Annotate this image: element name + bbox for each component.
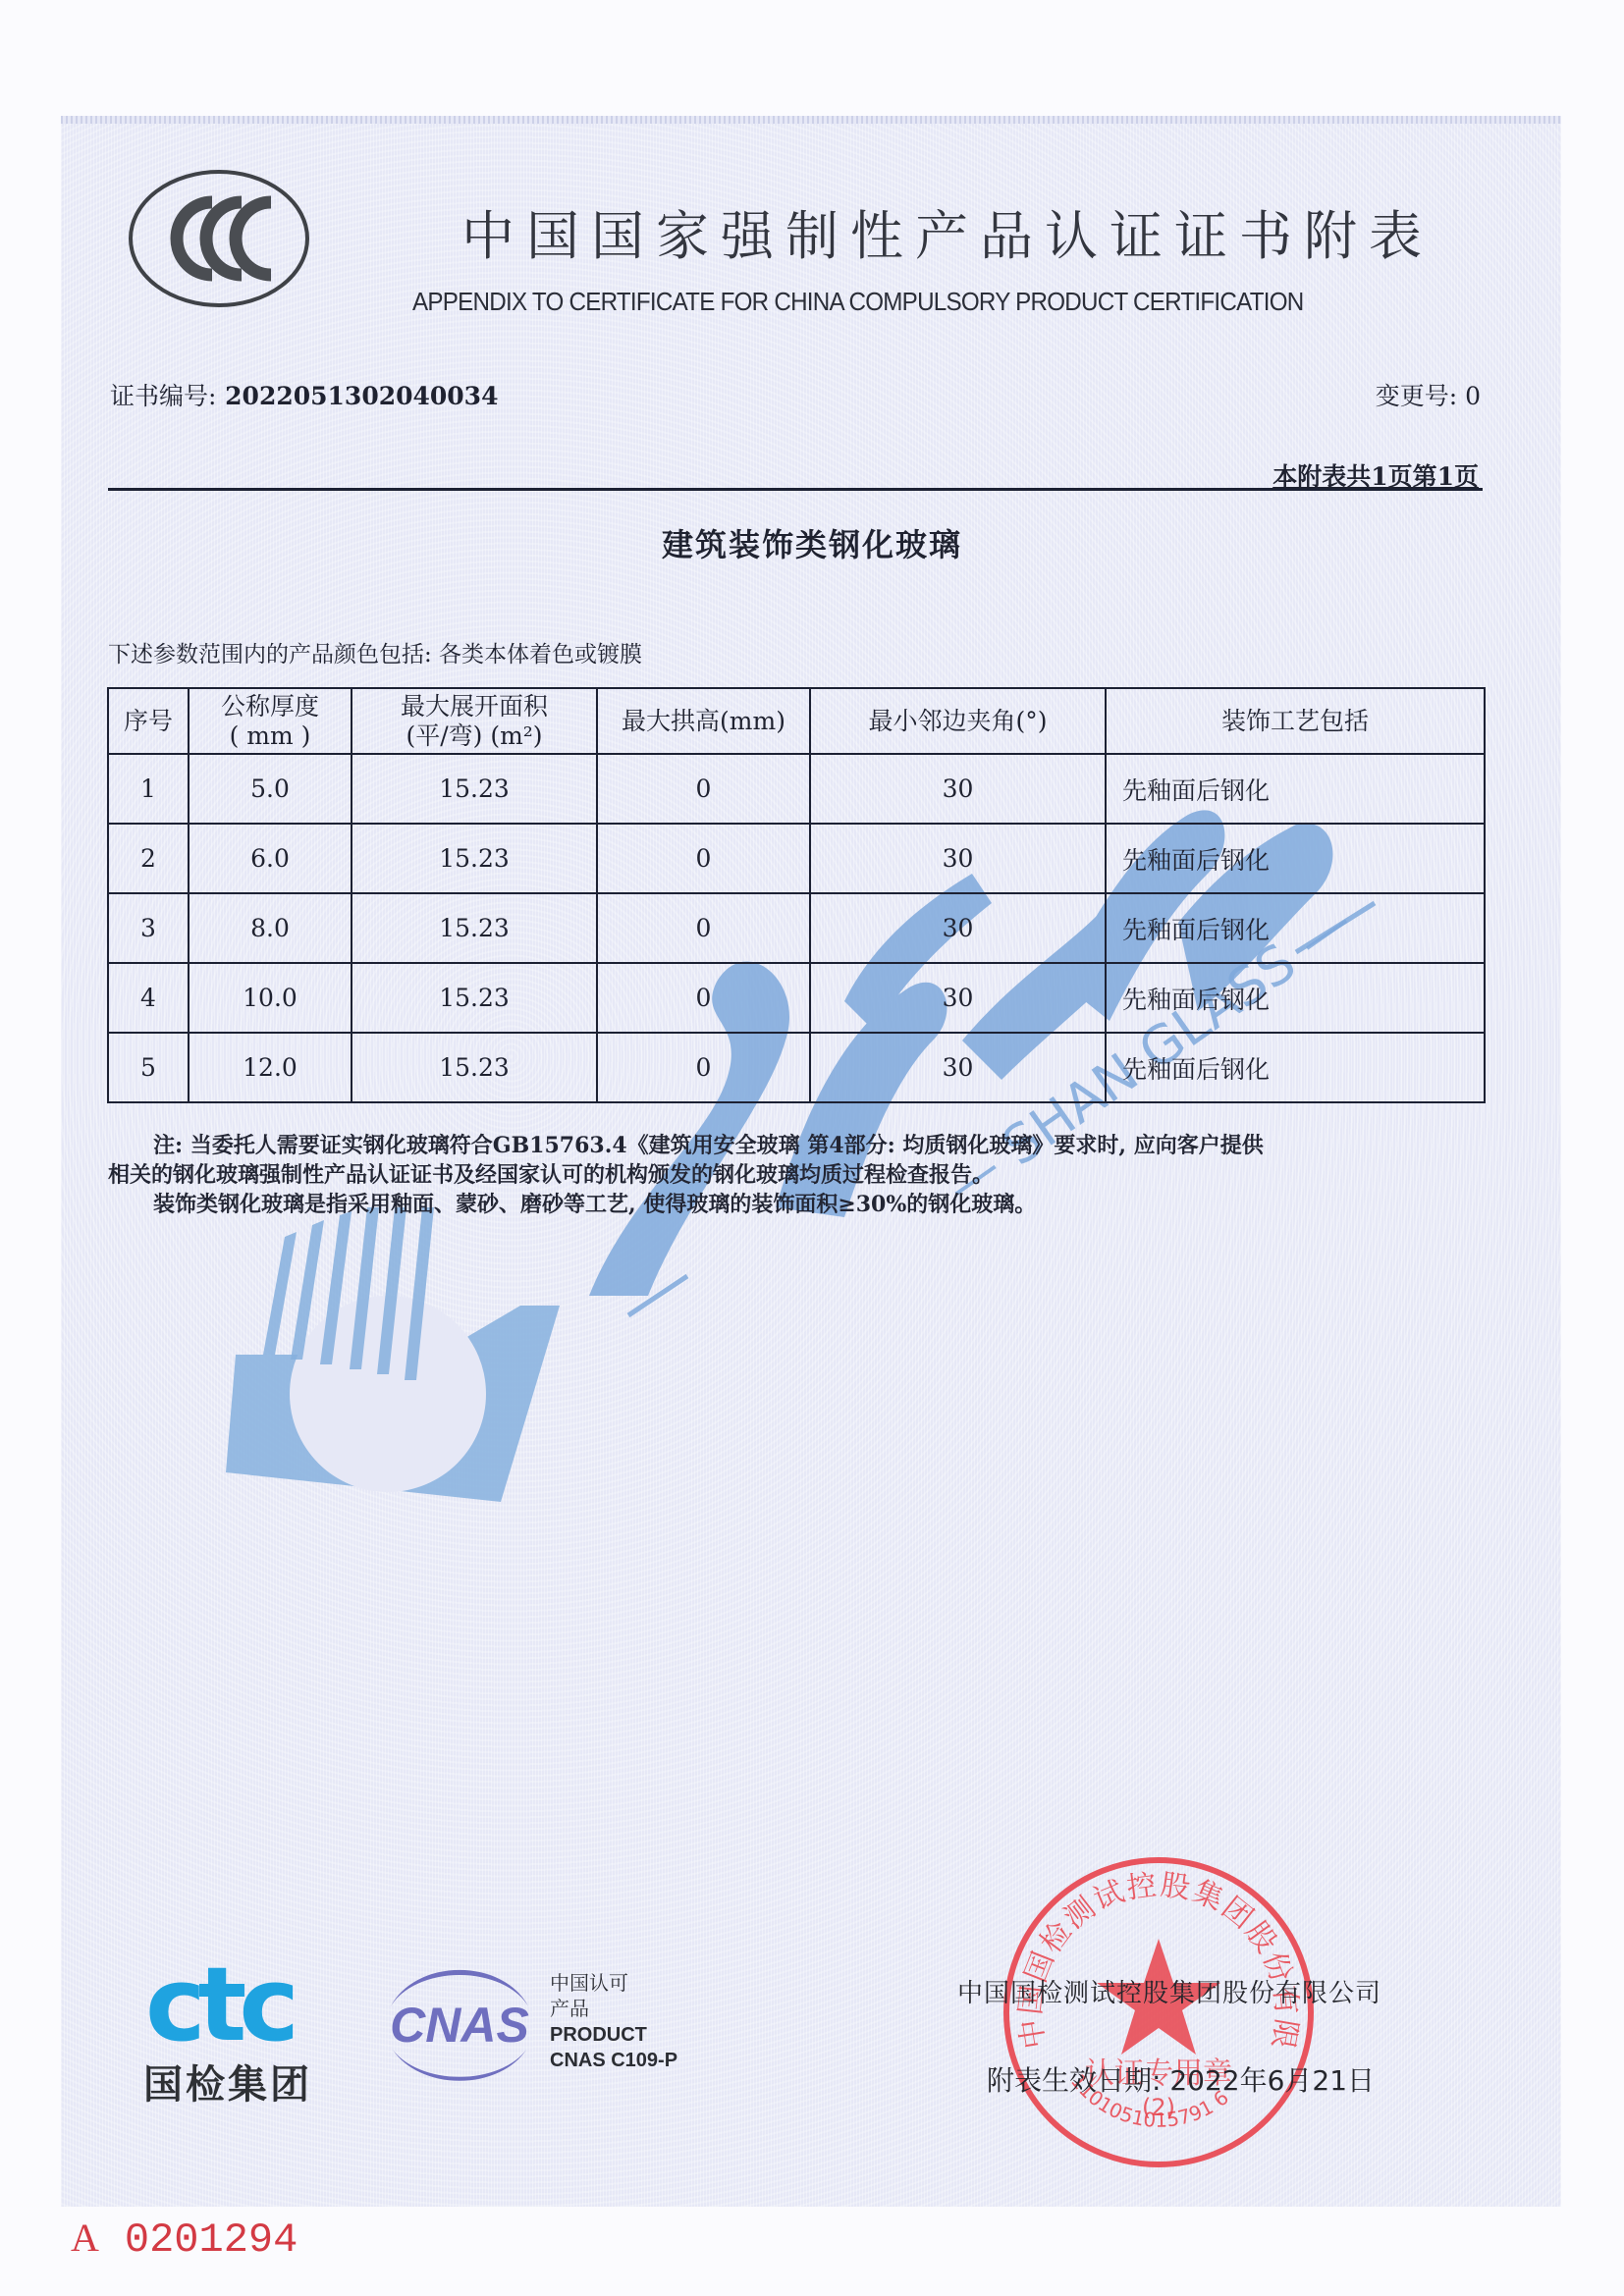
note-line: 注: 当委托人需要证实钢化玻璃符合GB15763.4《建筑用安全玻璃 第4部分:… [108,1131,1492,1160]
header-divider [108,488,1483,491]
ctc-logo-icon: ctc [145,1963,332,2052]
cell-max-area: 15.23 [352,893,597,963]
table-header-row: 序号 公称厚度( mm ) 最大展开面积(平/弯) (m²) 最大拱高(mm) … [108,688,1485,754]
serial-prefix: A [71,2216,99,2260]
cnas-line: 产品 [550,1997,677,2022]
cell-min-angle: 30 [810,754,1106,824]
change-number-label: 变更号: [1376,382,1457,410]
cell-process: 先釉面后钢化 [1106,754,1485,824]
col-header-process: 装饰工艺包括 [1106,688,1485,754]
cell-index: 3 [108,893,189,963]
note-line: 装饰类钢化玻璃是指采用釉面、蒙砂、磨砂等工艺, 使得玻璃的装饰面积≥30%的钢化… [108,1190,1492,1219]
cell-min-angle: 30 [810,893,1106,963]
official-seal-icon: 中国国检测试控股集团股份有限公司 认证专用章 (2) 1101051015791… [997,1850,1321,2174]
certificate-number: 证书编号: 2022051302040034 [110,377,498,412]
serial-number: A0201294 [71,2215,298,2264]
cell-thickness: 12.0 [189,1033,352,1102]
col-header-thickness: 公称厚度( mm ) [189,688,352,754]
cell-max-arch: 0 [597,754,810,824]
cnas-logo-icon: CNAS [371,1959,548,2087]
cell-thickness: 8.0 [189,893,352,963]
col-header-max-arch: 最大拱高(mm) [597,688,810,754]
effective-date: 附表生效日期: 2022年6月21日 [987,2059,1375,2099]
notes: 注: 当委托人需要证实钢化玻璃符合GB15763.4《建筑用安全玻璃 第4部分:… [108,1131,1492,1219]
cell-thickness: 5.0 [189,754,352,824]
cell-min-angle: 30 [810,824,1106,893]
cell-min-angle: 30 [810,963,1106,1033]
note-line: 相关的钢化玻璃强制性产品认证证书及经国家认可的机构颁发的钢化玻璃均质过程检查报告… [108,1160,1492,1190]
scope-note: 下述参数范围内的产品颜色包括: 各类本体着色或镀膜 [108,636,642,668]
cell-max-area: 15.23 [352,754,597,824]
cell-max-arch: 0 [597,1033,810,1102]
document-title-en: APPENDIX TO CERTIFICATE FOR CHINA COMPUL… [412,287,1304,317]
spec-table: 序号 公称厚度( mm ) 最大展开面积(平/弯) (m²) 最大拱高(mm) … [107,687,1486,1103]
table-row: 3 8.0 15.23 0 30 先釉面后钢化 [108,893,1485,963]
col-header-min-angle: 最小邻边夹角(°) [810,688,1106,754]
cell-max-area: 15.23 [352,824,597,893]
issuer-name: 中国国检测试控股集团股份有限公司 [957,1973,1381,2009]
cell-thickness: 6.0 [189,824,352,893]
cnas-accreditation-text: 中国认可 产品 PRODUCT CNAS C109-P [550,1971,677,2073]
col-header-max-area: 最大展开面积(平/弯) (m²) [352,688,597,754]
cell-index: 1 [108,754,189,824]
cell-thickness: 10.0 [189,963,352,1033]
col-header-index: 序号 [108,688,189,754]
section-title: 建筑装饰类钢化玻璃 [0,520,1624,565]
cell-max-arch: 0 [597,893,810,963]
cell-process: 先釉面后钢化 [1106,1033,1485,1102]
table-row: 2 6.0 15.23 0 30 先釉面后钢化 [108,824,1485,893]
change-number-value: 0 [1465,382,1481,410]
document-title-cn: 中国国家强制性产品认证证书附表 [461,194,1434,270]
cell-max-arch: 0 [597,963,810,1033]
cell-process: 先釉面后钢化 [1106,893,1485,963]
cell-index: 4 [108,963,189,1033]
cnas-line: PRODUCT [550,2022,677,2048]
change-number: 变更号: 0 [1376,377,1481,412]
certificate-number-value: 2022051302040034 [225,382,498,410]
serial-value: 0201294 [125,2216,298,2264]
ccc-logo-icon [126,167,312,310]
cell-index: 2 [108,824,189,893]
panel-guilloche-strip [61,116,1561,124]
cell-index: 5 [108,1033,189,1102]
svg-text:CNAS: CNAS [390,1998,529,2053]
table-row: 4 10.0 15.23 0 30 先釉面后钢化 [108,963,1485,1033]
svg-text:ctc: ctc [145,1963,293,2052]
cell-min-angle: 30 [810,1033,1106,1102]
cell-process: 先釉面后钢化 [1106,824,1485,893]
certificate-number-label: 证书编号: [110,382,216,410]
cell-max-area: 15.23 [352,963,597,1033]
cell-max-arch: 0 [597,824,810,893]
ctc-group-name: 国检集团 [143,2054,312,2109]
table-row: 5 12.0 15.23 0 30 先釉面后钢化 [108,1033,1485,1102]
cell-max-area: 15.23 [352,1033,597,1102]
cnas-line: CNAS C109-P [550,2048,677,2073]
cnas-line: 中国认可 [550,1971,677,1997]
table-row: 1 5.0 15.23 0 30 先釉面后钢化 [108,754,1485,824]
cell-process: 先釉面后钢化 [1106,963,1485,1033]
